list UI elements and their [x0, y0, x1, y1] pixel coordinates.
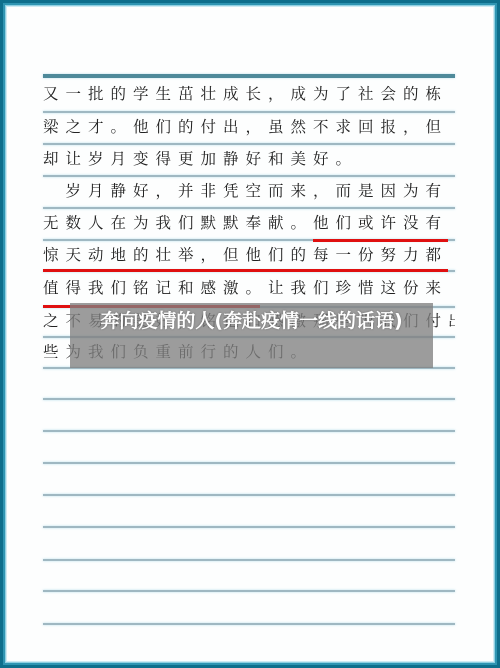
text-line: 却让岁月变得更加静好和美好。 [43, 149, 455, 169]
text-line: 梁之才。他们的付出，虽然不求回报，但 [43, 117, 455, 137]
rule-line [43, 111, 455, 113]
rule-line [43, 526, 455, 528]
rule-line [43, 623, 455, 625]
red-underline [313, 239, 448, 242]
frame-border-mid: 又一批的学生茁壮成长，成为了社会的栋 梁之才。他们的付出，虽然不求回报，但 却让… [3, 3, 497, 665]
caption-title: 奔向疫情的人(奔赴疫情一线的话语) [70, 307, 433, 335]
rule-line [43, 590, 455, 592]
rule-line [43, 207, 455, 209]
text-line: 无数人在为我们默默奉献。他们或许没有 [43, 213, 455, 233]
caption-overlay: 奔向疫情的人(奔赴疫情一线的话语) [70, 303, 433, 368]
rule-line [43, 559, 455, 561]
frame-border-light: 又一批的学生茁壮成长，成为了社会的栋 梁之才。他们的付出，虽然不求回报，但 却让… [5, 5, 495, 663]
red-underline [43, 269, 448, 272]
rule-line [43, 494, 455, 496]
text-line: 惊天动地的壮举，但他们的每一份努力都 [43, 245, 455, 265]
text-line: 又一批的学生茁壮成长，成为了社会的栋 [43, 84, 455, 104]
rule-line [43, 398, 455, 400]
rule-line [43, 143, 455, 145]
text-line: 值得我们铭记和感激。让我们珍惜这份来 [43, 278, 455, 298]
text-line: 岁月静好，并非凭空而来，而是因为有 [43, 181, 455, 201]
rule-line [43, 175, 455, 177]
lined-paper: 又一批的学生茁壮成长，成为了社会的栋 梁之才。他们的付出，虽然不求回报，但 却让… [6, 6, 494, 662]
top-rule [43, 74, 455, 78]
rule-line [43, 430, 455, 432]
page-frame: 又一批的学生茁壮成长，成为了社会的栋 梁之才。他们的付出，虽然不求回报，但 却让… [0, 0, 500, 668]
rule-line [43, 462, 455, 464]
